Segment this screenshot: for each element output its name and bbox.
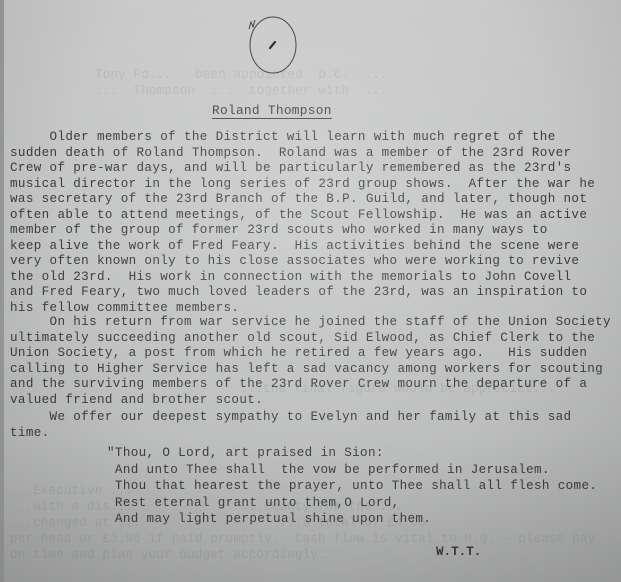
verse-line: Thou that hearest the prayer, unto Thee … xyxy=(107,479,597,493)
body-text-line: On his return from war service he joined… xyxy=(10,315,611,329)
body-text-line: sudden death of Roland Thompson. Roland … xyxy=(10,146,571,160)
bleed-through-line: on time and plan your budget accordingly… xyxy=(10,548,326,562)
body-text-line: calling to Higher Service has left a sad… xyxy=(10,362,603,376)
verse-line: "Thou, O Lord, art praised in Sion: xyxy=(107,446,384,460)
verse-line: Rest eternal grant unto them,O Lord, xyxy=(107,496,400,510)
bleed-through-line: per head or £3.95 if paid promptly. Cash… xyxy=(10,532,595,546)
body-text-line: the old 23rd. His work in connection wit… xyxy=(10,270,571,284)
body-text-line: Older members of the District will learn… xyxy=(10,130,556,144)
verse-line: And unto Thee shall the vow be performed… xyxy=(107,463,550,477)
body-text-line: was secretary of the 23rd Branch of the … xyxy=(10,192,587,206)
bleed-through-line: ... Thompson ... together with ... xyxy=(95,84,388,98)
page-edge xyxy=(0,0,4,582)
body-text-line: keep alive the work of Fred Feary. His a… xyxy=(10,239,579,253)
body-text-line: and the surviving members of the 23rd Ro… xyxy=(10,377,587,391)
body-text-line: very often known only to his close assoc… xyxy=(10,254,579,268)
body-text-line: musical director in the long series of 2… xyxy=(10,177,595,191)
obituary-title: Roland Thompson xyxy=(212,103,332,119)
body-text-line: often able to attend meetings, of the Sc… xyxy=(10,208,587,222)
verse-line: And may light perpetual shine upon them. xyxy=(107,512,431,526)
body-text-line: We offer our deepest sympathy to Evelyn … xyxy=(10,410,571,424)
body-text-line: his fellow committee members. xyxy=(10,301,239,315)
body-text-line: Crew of pre-war days, and will be partic… xyxy=(10,161,571,175)
body-text-line: ultimately succeeding another old scout,… xyxy=(10,331,595,345)
body-text-line: Union Society, a post from which he reti… xyxy=(10,346,587,360)
signature: W.T.T. xyxy=(436,545,481,559)
hand-drawn-circle-mark xyxy=(240,12,298,74)
body-text-line: valued friend and brother scout. xyxy=(10,393,263,407)
body-text-line: and Fred Feary, two much loved leaders o… xyxy=(10,285,587,299)
body-text-line: member of the group of former 23rd scout… xyxy=(10,223,548,237)
body-text-line: time. xyxy=(10,426,50,440)
